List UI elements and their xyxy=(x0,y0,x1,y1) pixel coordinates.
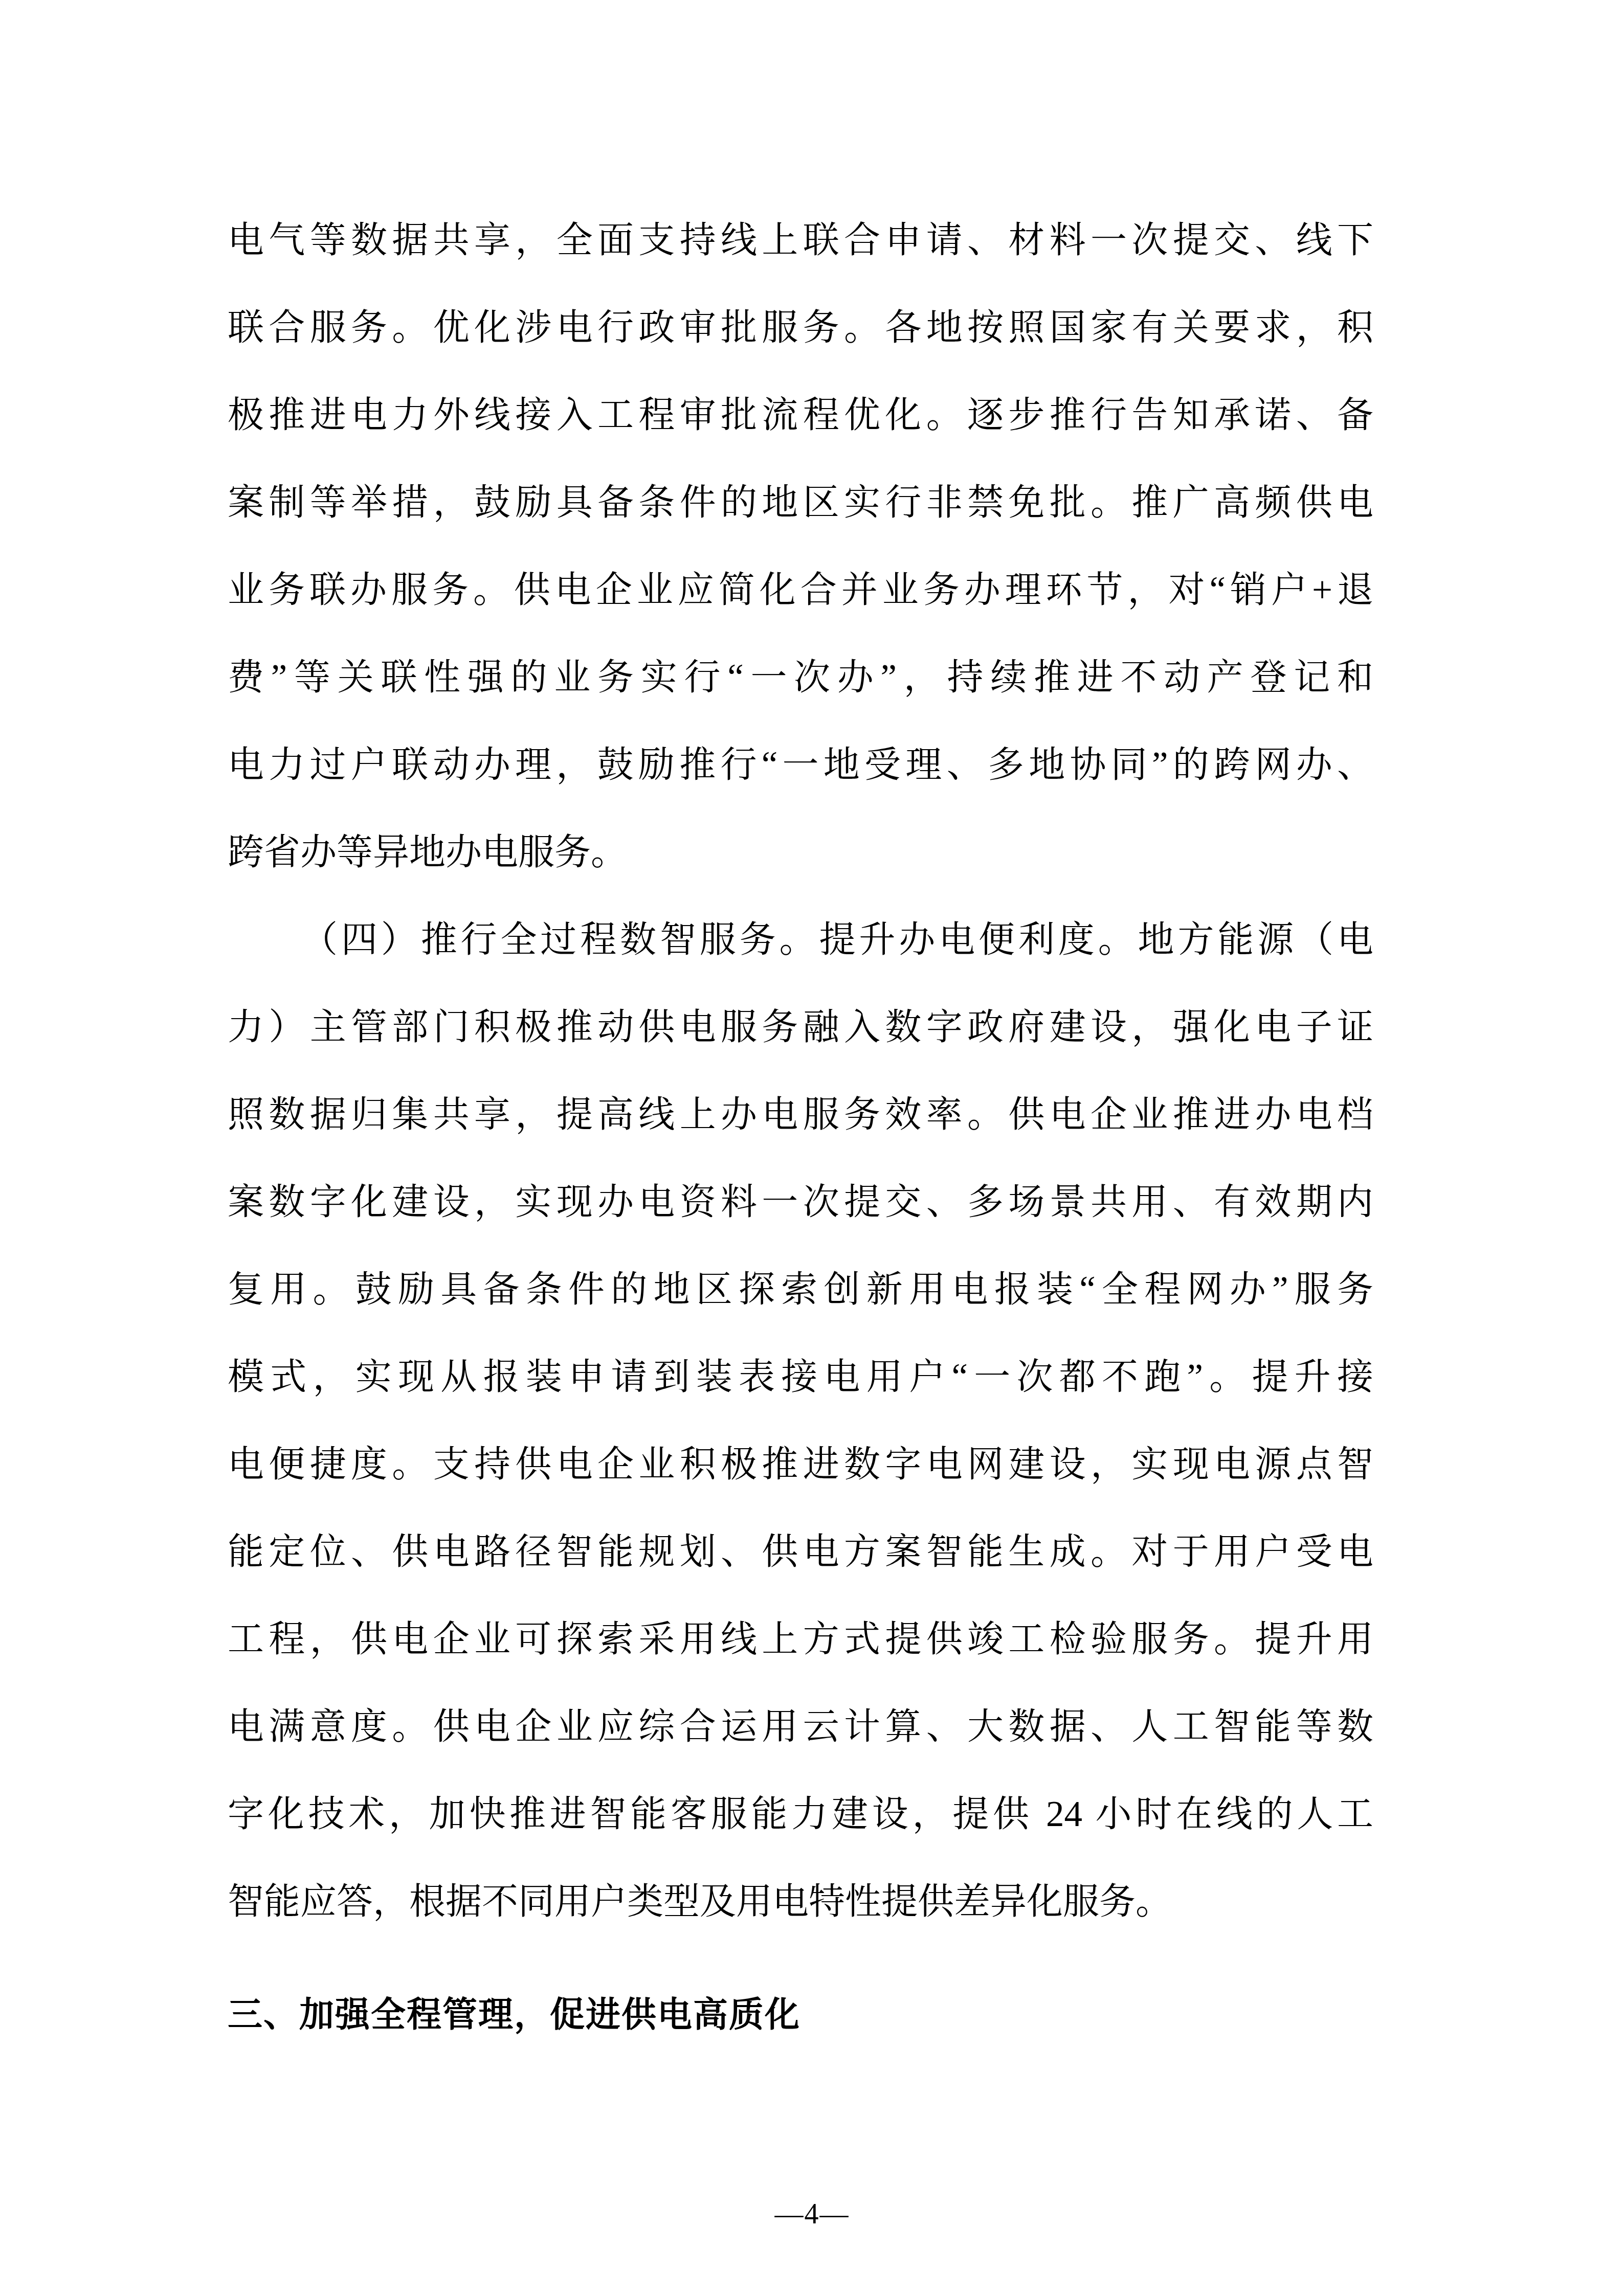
text-line: 案数字化建设，实现办电资料一次提交、多场景共用、有效期内 xyxy=(228,1159,1373,1246)
section-heading: 三、加强全程管理，促进供电高质化 xyxy=(228,1971,1373,2059)
text-line: 照数据归集共享，提高线上办电服务效率。供电企业推进办电档 xyxy=(228,1071,1373,1159)
text-line: 案制等举措，鼓励具备条件的地区实行非禁免批。推广高频供电 xyxy=(228,459,1373,547)
text-line: 复用。鼓励具备条件的地区探索创新用电报装“全程网办”服务 xyxy=(228,1246,1373,1334)
text-line: 电气等数据共享，全面支持线上联合申请、材料一次提交、线下 xyxy=(228,197,1373,284)
paragraph-item-four: （四）推行全过程数智服务。提升办电便利度。地方能源（电力）主管部门积极推动供电服… xyxy=(228,896,1373,1946)
text-line: 工程，供电企业可探索采用线上方式提供竣工检验服务。提升用 xyxy=(228,1596,1373,1683)
text-line: 能定位、供电路径智能规划、供电方案智能生成。对于用户受电 xyxy=(228,1509,1373,1596)
paragraph-continuation: 电气等数据共享，全面支持线上联合申请、材料一次提交、线下联合服务。优化涉电行政审… xyxy=(228,197,1373,896)
text-line: 业务联办服务。供电企业应简化合并业务办理环节，对“销户+退 xyxy=(228,547,1373,634)
text-line: 费”等关联性强的业务实行“一次办”，持续推进不动产登记和 xyxy=(228,634,1373,722)
text-line: 模式，实现从报装申请到装表接电用户“一次都不跑”。提升接 xyxy=(228,1334,1373,1421)
page-number: —4— xyxy=(0,2196,1624,2232)
document-body: 电气等数据共享，全面支持线上联合申请、材料一次提交、线下联合服务。优化涉电行政审… xyxy=(228,197,1373,2059)
text-line: 跨省办等异地办电服务。 xyxy=(228,809,1373,896)
text-line: 力）主管部门积极推动供电服务融入数字政府建设，强化电子证 xyxy=(228,984,1373,1071)
text-line: 电满意度。供电企业应综合运用云计算、大数据、人工智能等数 xyxy=(228,1683,1373,1771)
text-line: 极推进电力外线接入工程审批流程优化。逐步推行告知承诺、备 xyxy=(228,372,1373,459)
text-line: 字化技术，加快推进智能客服能力建设，提供 24 小时在线的人工 xyxy=(228,1771,1373,1858)
text-line: （四）推行全过程数智服务。提升办电便利度。地方能源（电 xyxy=(228,896,1373,984)
text-line: 电便捷度。支持供电企业积极推进数字电网建设，实现电源点智 xyxy=(228,1421,1373,1509)
text-line: 电力过户联动办理，鼓励推行“一地受理、多地协同”的跨网办、 xyxy=(228,722,1373,809)
text-line: 联合服务。优化涉电行政审批服务。各地按照国家有关要求，积 xyxy=(228,284,1373,372)
document-page: 电气等数据共享，全面支持线上联合申请、材料一次提交、线下联合服务。优化涉电行政审… xyxy=(0,0,1624,2296)
text-line: 智能应答，根据不同用户类型及用电特性提供差异化服务。 xyxy=(228,1858,1373,1946)
